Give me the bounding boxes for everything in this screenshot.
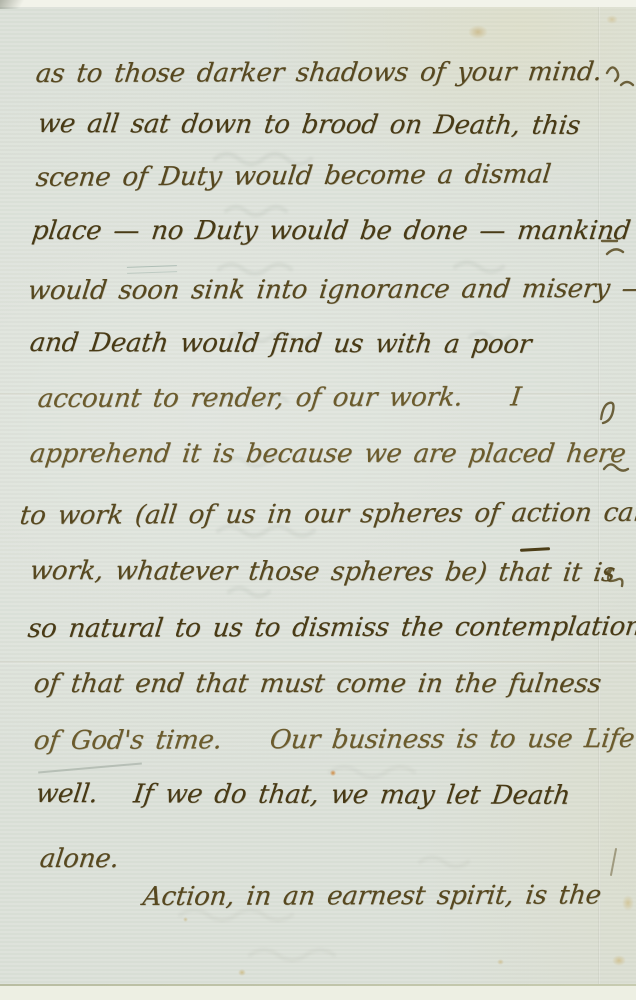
letter-page: as to those darker shadows of your mind.… [0, 7, 636, 985]
manuscript-line-16: Action, in an earnest spirit, is the [141, 880, 602, 912]
foxing-spot [468, 25, 488, 39]
manuscript-line-2: we all sat down to brood on Death, this [36, 109, 582, 141]
manuscript-line-14: well. If we do that, we may let Death [34, 779, 572, 811]
manuscript-line-9: to work (all of us in our spheres of act… [18, 498, 636, 531]
scanned-letter-photo: as to those darker shadows of your mind.… [0, 0, 636, 1000]
manuscript-line-3: scene of Duty would become a dismal [34, 159, 552, 193]
manuscript-line-6: and Death would find us with a poor [28, 328, 533, 360]
foxing-spot [606, 15, 618, 24]
manuscript-line-8: apprehend it is because we are placed he… [28, 439, 627, 469]
foxing-spot [622, 895, 634, 911]
scan-background-bottom [0, 986, 636, 1000]
corner-shadow [0, 0, 30, 9]
vertical-fold-crease [598, 7, 601, 985]
manuscript-line-5: would soon sink into ignorance and miser… [26, 274, 636, 306]
ink-fragments-at-fold [0, 7, 636, 985]
horizontal-fold-crease-lower [0, 661, 636, 664]
manuscript-line-10: work, whatever those spheres be) that it… [28, 556, 617, 588]
manuscript-line-1: as to those darker shadows of your mind.… [34, 57, 636, 89]
foxing-spot [497, 959, 504, 965]
foxing-spot [330, 770, 336, 776]
foxing-spot [612, 955, 626, 966]
manuscript-line-15: alone. [38, 844, 120, 874]
foxing-spot [238, 969, 246, 976]
manuscript-line-7: account to render, of our work. I [36, 382, 522, 414]
manuscript-line-13: of God's time. Our business is to use Li… [32, 724, 636, 756]
manuscript-line-4: place — no Duty would be done — mankind [30, 216, 632, 246]
foxing-spot [183, 917, 188, 922]
manuscript-line-12: of that end that must come in the fulnes… [32, 669, 603, 699]
manuscript-line-11: so natural to us to dismiss the contempl… [26, 612, 636, 644]
